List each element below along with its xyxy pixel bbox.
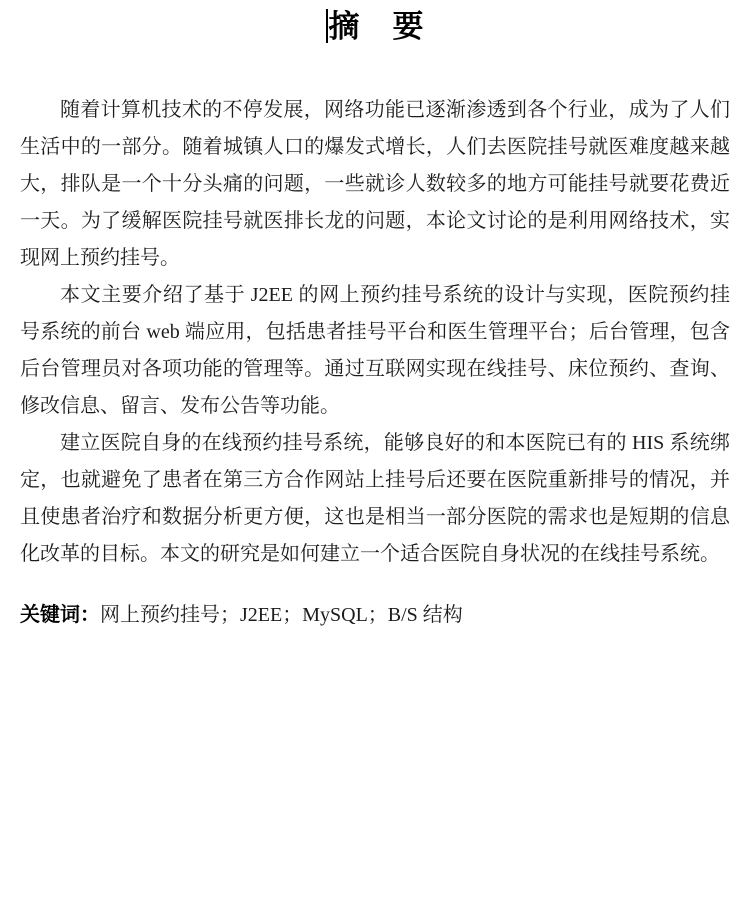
document-page: 摘 要 随着计算机技术的不停发展，网络功能已逐渐渗透到各个行业，成为了人们生活中… [0,0,750,907]
abstract-paragraph-2: 本文主要介绍了基于 J2EE 的网上预约挂号系统的设计与实现，医院预约挂号系统的… [20,277,730,425]
abstract-body: 随着计算机技术的不停发展，网络功能已逐渐渗透到各个行业，成为了人们生活中的一部分… [20,92,730,573]
page-title: 摘 要 [20,6,730,48]
keywords-text: 网上预约挂号；J2EE；MySQL；B/S 结构 [100,604,463,626]
page-title-text: 摘 要 [329,9,425,44]
abstract-paragraph-1: 随着计算机技术的不停发展，网络功能已逐渐渗透到各个行业，成为了人们生活中的一部分… [20,92,730,277]
abstract-paragraph-3: 建立医院自身的在线预约挂号系统，能够良好的和本医院已有的 HIS 系统绑定，也就… [20,425,730,573]
text-cursor-icon [326,9,328,43]
keywords-line: 关键词：网上预约挂号；J2EE；MySQL；B/S 结构 [20,597,730,634]
keywords-label: 关键词： [20,604,100,626]
